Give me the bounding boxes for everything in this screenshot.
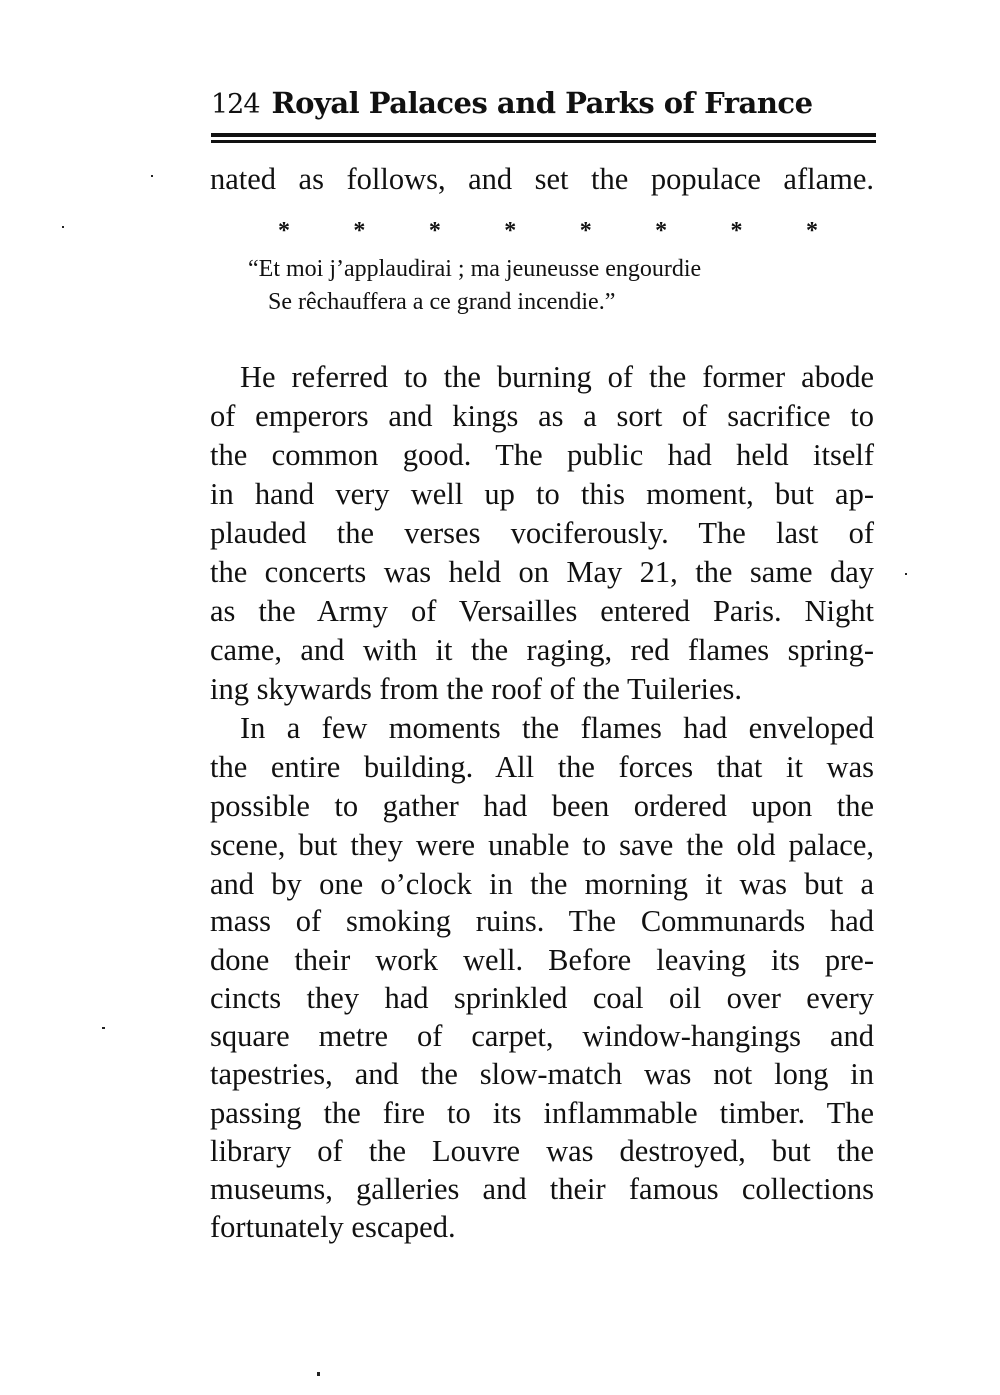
text-line: the concerts was held on May 21, the sam… <box>210 553 874 591</box>
text-line: plauded the verses vociferously. The las… <box>210 514 874 552</box>
text-line: came, and with it the raging, red flames… <box>210 631 874 669</box>
page-number: 124 <box>211 89 260 120</box>
running-head: 124 Royal Palaces and Parks of France <box>211 86 876 126</box>
text-line: possible to gather had been ordered upon… <box>210 787 874 825</box>
asterisk: * <box>504 218 516 245</box>
header-rule-thick <box>211 133 876 137</box>
asterisk: * <box>429 218 441 245</box>
header-rule-thin <box>211 140 876 143</box>
scan-speck <box>62 226 64 228</box>
book-title: Royal Palaces and Parks of France <box>272 86 813 120</box>
text-line: mass of smoking ruins. The Communards ha… <box>210 902 874 940</box>
text-line: In a few moments the flames had envelope… <box>240 709 874 747</box>
text-line: fortunately escaped. <box>210 1208 874 1246</box>
text-line: library of the Louvre was destroyed, but… <box>210 1132 874 1170</box>
asterisk: * <box>278 218 290 245</box>
text-line: cincts they had sprinkled coal oil over … <box>210 979 874 1017</box>
text-line: of emperors and kings as a sort of sacri… <box>210 397 874 435</box>
scan-speck <box>102 1027 105 1029</box>
text-line: He referred to the burning of the former… <box>240 358 874 396</box>
asterisk: * <box>580 218 592 245</box>
text-line: passing the fire to its inflammable timb… <box>210 1094 874 1132</box>
text-line: the entire building. All the forces that… <box>210 748 874 786</box>
asterisk: * <box>655 218 667 245</box>
scan-speck <box>905 573 907 575</box>
text-line: tapestries, and the slow-match was not l… <box>210 1055 874 1093</box>
text-line: ing skywards from the roof of the Tuiler… <box>210 670 874 708</box>
asterisk: * <box>353 218 365 245</box>
section-break: * * * * * * * * <box>278 218 818 245</box>
scan-speck <box>317 1372 320 1376</box>
book-page: 124 Royal Palaces and Parks of France na… <box>0 0 1000 1395</box>
text-line: square metre of carpet, window-hangings … <box>210 1017 874 1055</box>
opening-line: nated as follows, and set the populace a… <box>210 160 874 198</box>
verse-line-2: Se rêchauffera a ce grand incendie.” <box>268 286 615 318</box>
verse-line-1: “Et moi j’applaudirai ; ma jeuneusse eng… <box>248 253 701 285</box>
asterisk: * <box>806 218 818 245</box>
text-line: the common good. The public had held its… <box>210 436 874 474</box>
text-line: as the Army of Versailles entered Paris.… <box>210 592 874 630</box>
text-line: museums, galleries and their famous coll… <box>210 1170 874 1208</box>
scan-speck <box>151 175 153 177</box>
text-line: in hand very well up to this moment, but… <box>210 475 874 513</box>
text-line: done their work well. Before leaving its… <box>210 941 874 979</box>
text-line: scene, but they were unable to save the … <box>210 826 874 864</box>
text-line: and by one o’clock in the morning it was… <box>210 865 874 903</box>
asterisk: * <box>731 218 743 245</box>
